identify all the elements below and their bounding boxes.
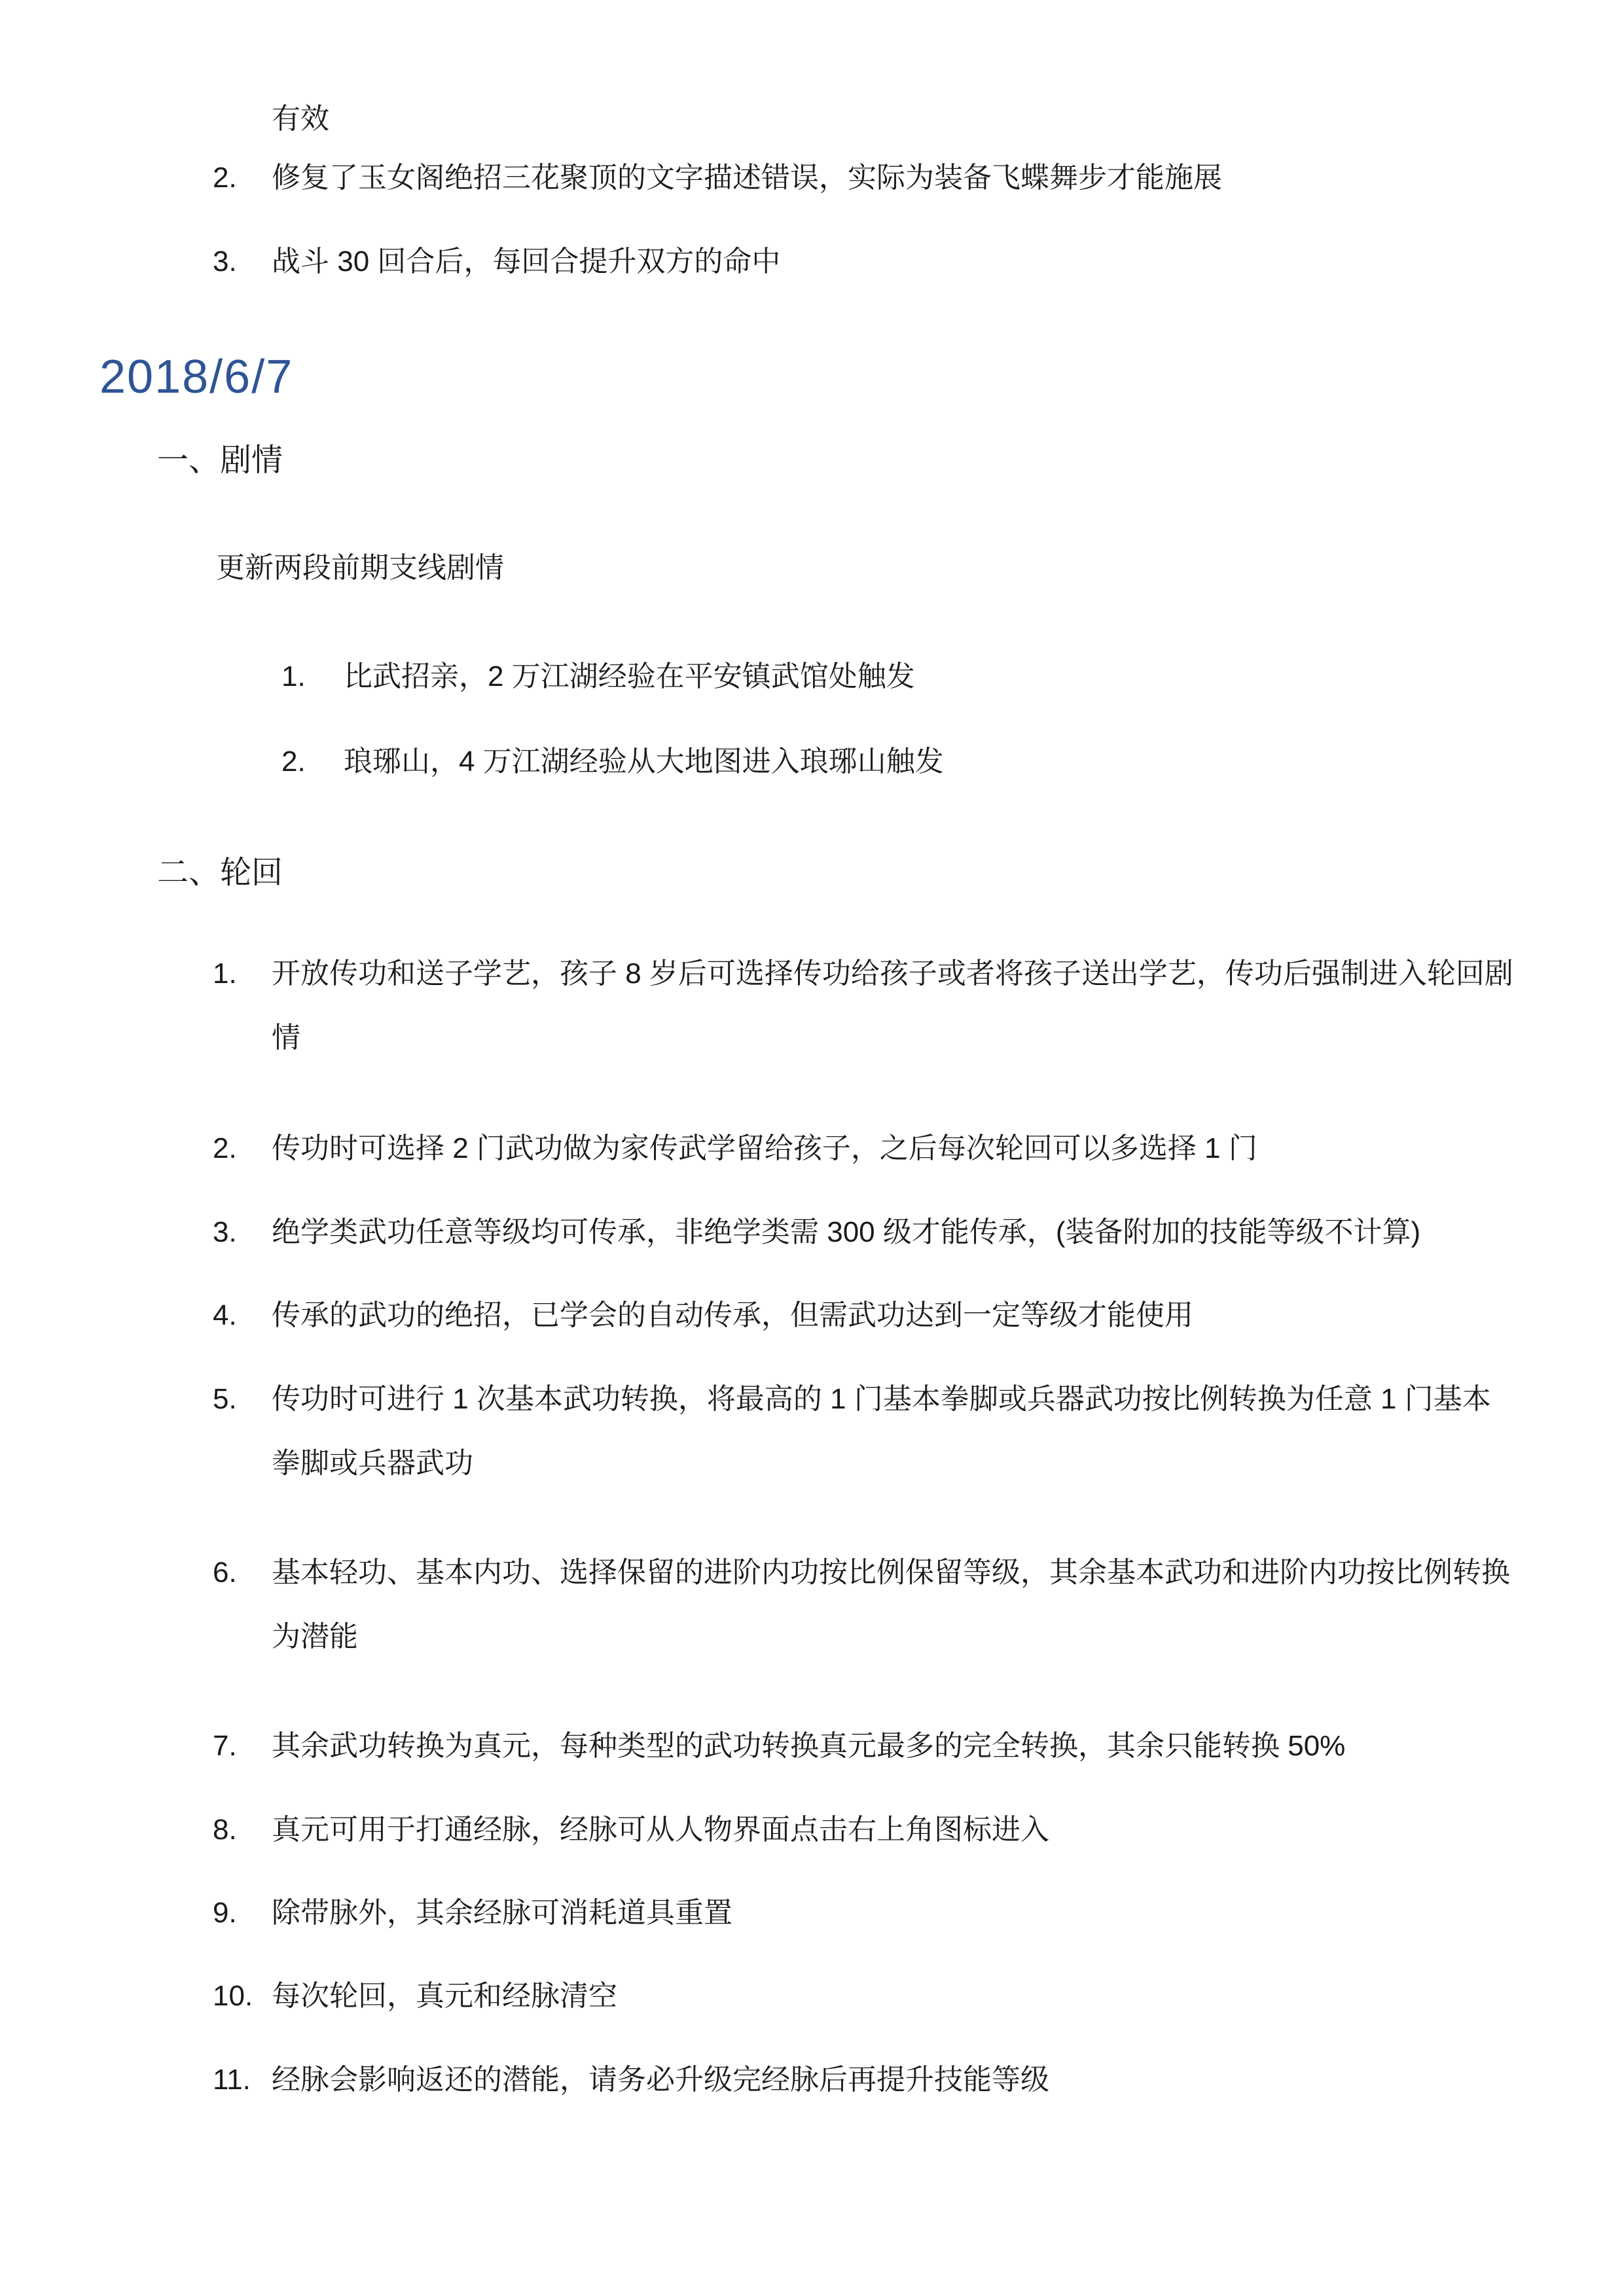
list-item: 11. 经脉会影响返还的潜能，请务必升级完经脉后再提升技能等级 [213, 2048, 1515, 2112]
list-text: 传功时可选择 2 门武功做为家传武学留给孩子，之后每次轮回可以多选择 1 门 [272, 1117, 1515, 1181]
list-number: 2. [281, 730, 344, 794]
list-item: 5. 传功时可进行 1 次基本武功转换，将最高的 1 门基本拳脚或兵器武功按比例… [213, 1367, 1515, 1496]
list-number: 1. [213, 942, 272, 1070]
list-text: 经脉会影响返还的潜能，请务必升级完经脉后再提升技能等级 [272, 2048, 1515, 2112]
list-text: 开放传功和送子学艺，孩子 8 岁后可选择传功给孩子或者将孩子送出学艺，传功后强制… [272, 942, 1515, 1070]
list-item: 2. 琅琊山，4 万江湖经验从大地图进入琅琊山触发 [281, 730, 1525, 794]
list-item: 6. 基本轻功、基本内功、选择保留的进阶内功按比例保留等级，其余基本武功和进阶内… [213, 1541, 1515, 1669]
list-text: 传承的武功的绝招，已学会的自动传承，但需武功达到一定等级才能使用 [272, 1283, 1515, 1348]
date-heading: 2018/6/7 [99, 350, 293, 404]
list-item: 1. 比武招亲，2 万江湖经验在平安镇武馆处触发 [281, 645, 1525, 709]
list-number: 10. [213, 1964, 272, 2028]
list-number: 5. [213, 1367, 272, 1496]
list-number: 3. [213, 230, 272, 294]
list-item: 1. 开放传功和送子学艺，孩子 8 岁后可选择传功给孩子或者将孩子送出学艺，传功… [213, 942, 1515, 1070]
list-text: 绝学类武功任意等级均可传承，非绝学类需 300 级才能传承，(装备附加的技能等级… [272, 1200, 1515, 1265]
list-text: 除带脉外，其余经脉可消耗道具重置 [272, 1881, 1515, 1945]
list-number: 11. [213, 2048, 272, 2112]
list-text: 真元可用于打通经脉，经脉可从人物界面点击右上角图标进入 [272, 1798, 1515, 1862]
list-text: 琅琊山，4 万江湖经验从大地图进入琅琊山触发 [344, 730, 1525, 794]
list-text: 每次轮回，真元和经脉清空 [272, 1964, 1515, 2028]
list-text: 比武招亲，2 万江湖经验在平安镇武馆处触发 [344, 645, 1525, 709]
list-item: 2. 传功时可选择 2 门武功做为家传武学留给孩子，之后每次轮回可以多选择 1 … [213, 1117, 1515, 1181]
list-text: 修复了玉女阁绝招三花聚顶的文字描述错误，实际为装备飞蝶舞步才能施展 [272, 146, 1515, 210]
list-number: 2. [213, 1117, 272, 1181]
list-text: 基本轻功、基本内功、选择保留的进阶内功按比例保留等级，其余基本武功和进阶内功按比… [272, 1541, 1515, 1669]
list-item: 4. 传承的武功的绝招，已学会的自动传承，但需武功达到一定等级才能使用 [213, 1283, 1515, 1348]
list-number: 6. [213, 1541, 272, 1669]
list-text: 战斗 30 回合后，每回合提升双方的命中 [272, 230, 1515, 294]
list-number: 3. [213, 1200, 272, 1265]
list-number: 9. [213, 1881, 272, 1945]
paragraph: 更新两段前期支线剧情 [216, 536, 1512, 600]
list-item-continuation: 有效 [272, 87, 1515, 151]
section-heading: 一、剧情 [157, 429, 283, 493]
list-text: 其余武功转换为真元，每种类型的武功转换真元最多的完全转换，其余只能转换 50% [272, 1714, 1515, 1778]
document-page: 有效 2. 修复了玉女阁绝招三花聚顶的文字描述错误，实际为装备飞蝶舞步才能施展 … [0, 0, 1624, 2296]
list-item: 7. 其余武功转换为真元，每种类型的武功转换真元最多的完全转换，其余只能转换 5… [213, 1714, 1515, 1778]
list-item: 3. 战斗 30 回合后，每回合提升双方的命中 [213, 230, 1515, 294]
list-number: 8. [213, 1798, 272, 1862]
list-number: 7. [213, 1714, 272, 1778]
list-item: 3. 绝学类武功任意等级均可传承，非绝学类需 300 级才能传承，(装备附加的技… [213, 1200, 1515, 1265]
list-number: 2. [213, 146, 272, 210]
list-item: 10. 每次轮回，真元和经脉清空 [213, 1964, 1515, 2028]
list-item: 8. 真元可用于打通经脉，经脉可从人物界面点击右上角图标进入 [213, 1798, 1515, 1862]
list-number: 4. [213, 1283, 272, 1348]
list-text: 传功时可进行 1 次基本武功转换，将最高的 1 门基本拳脚或兵器武功按比例转换为… [272, 1367, 1515, 1496]
list-item: 2. 修复了玉女阁绝招三花聚顶的文字描述错误，实际为装备飞蝶舞步才能施展 [213, 146, 1515, 210]
list-number: 1. [281, 645, 344, 709]
section-heading: 二、轮回 [157, 841, 283, 905]
list-text: 有效 [272, 103, 329, 135]
list-item: 9. 除带脉外，其余经脉可消耗道具重置 [213, 1881, 1515, 1945]
